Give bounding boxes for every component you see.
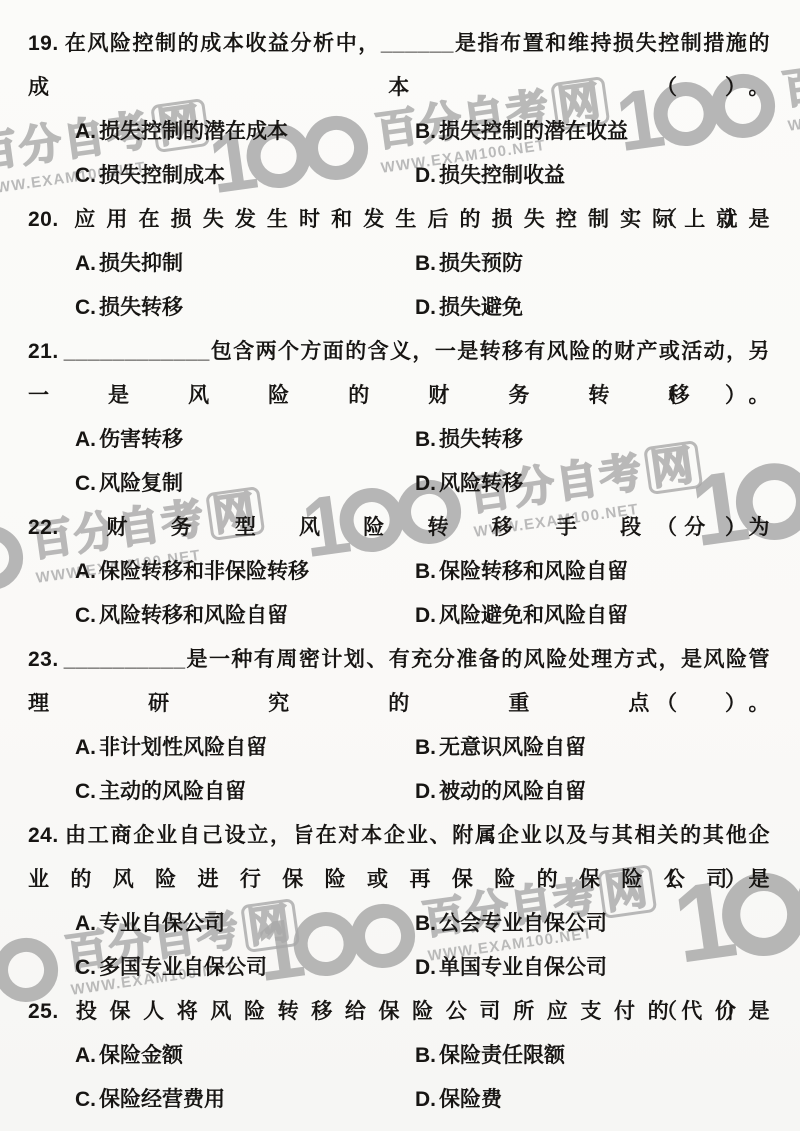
option-label: B. [415, 120, 436, 143]
option-label: D. [415, 604, 436, 627]
option-text: 保险费 [439, 1088, 502, 1111]
option-label: A. [75, 1044, 96, 1067]
option-label: B. [415, 252, 436, 275]
answer-brackets: （ ） [656, 990, 748, 1034]
question-text: 25.投保人将风险转移给保险公司所应支付的代价是（ ） [28, 990, 770, 1034]
question-text: 22.财务型风险转移手段分为（ ） [28, 506, 770, 550]
option-a: A.伤害转移 [75, 418, 415, 462]
answer-brackets: （ ） [656, 682, 748, 726]
question-line: 23.__________是一种有周密计划、有充分准备的风险处理方式，是风险管 [28, 638, 770, 682]
option-b: B.保险责任限额 [415, 1034, 770, 1078]
option-grid: A.非计划性风险自留B.无意识风险自留C.主动的风险自留D.被动的风险自留 [28, 726, 770, 814]
option-text: 主动的风险自留 [99, 780, 246, 803]
option-c: C.损失转移 [75, 286, 415, 330]
option-label: C. [75, 164, 96, 187]
question-block: 25.投保人将风险转移给保险公司所应支付的代价是（ ） A.保险金额B.保险责任… [28, 990, 770, 1122]
option-label: D. [415, 780, 436, 803]
option-text: 损失转移 [99, 296, 183, 319]
option-b: B.损失预防 [415, 242, 770, 286]
question-text: 24.由工商企业自己设立，旨在对本企业、附属企业以及与其相关的其他企业的风险进行… [28, 814, 770, 902]
option-a: A.非计划性风险自留 [75, 726, 415, 770]
question-line: 21.____________包含两个方面的含义，一是转移有风险的财产或活动，另 [28, 330, 770, 374]
option-label: C. [75, 472, 96, 495]
option-text: 保险金额 [99, 1044, 183, 1067]
option-c: C.多国专业自保公司 [75, 946, 415, 990]
option-label: A. [75, 120, 96, 143]
option-grid: A.保险转移和非保险转移B.保险转移和风险自留C.风险转移和风险自留D.风险避免… [28, 550, 770, 638]
option-a: A.保险金额 [75, 1034, 415, 1078]
question-text: 21.____________包含两个方面的含义，一是转移有风险的财产或活动，另… [28, 330, 770, 418]
option-label: B. [415, 1044, 436, 1067]
question-block: 22.财务型风险转移手段分为（ ） A.保险转移和非保险转移B.保险转移和风险自… [28, 506, 770, 638]
answer-brackets: （ ） [656, 374, 748, 418]
option-text: 风险复制 [99, 472, 183, 495]
option-text: 保险经营费用 [99, 1088, 225, 1111]
option-label: D. [415, 956, 436, 979]
option-label: A. [75, 736, 96, 759]
answer-brackets: （ ） [656, 66, 748, 110]
option-label: C. [75, 296, 96, 319]
scanned-exam-page: { "page": { "background": "#fafaf8", "in… [0, 0, 800, 1131]
option-text: 公会专业自保公司 [439, 912, 607, 935]
option-label: D. [415, 472, 436, 495]
question-text: 20.应用在损失发生时和发生后的损失控制实际上就是（ ） [28, 198, 770, 242]
option-text: 损失预防 [439, 252, 523, 275]
answer-brackets: （ ） [656, 506, 748, 550]
option-text: 伤害转移 [99, 428, 183, 451]
question-list: 19.在风险控制的成本收益分析中，______是指布置和维持损失控制措施的成本。… [0, 0, 800, 1131]
question-block: 19.在风险控制的成本收益分析中，______是指布置和维持损失控制措施的成本。… [28, 22, 770, 198]
option-label: C. [75, 604, 96, 627]
option-text: 保险转移和风险自留 [439, 560, 628, 583]
option-text: 保险责任限额 [439, 1044, 565, 1067]
option-b: B.损失控制的潜在收益 [415, 110, 770, 154]
option-d: D.风险转移 [415, 462, 770, 506]
option-text: 保险转移和非保险转移 [99, 560, 309, 583]
option-grid: A.损失控制的潜在成本B.损失控制的潜在收益C.损失控制成本D.损失控制收益 [28, 110, 770, 198]
option-d: D.损失控制收益 [415, 154, 770, 198]
option-label: B. [415, 560, 436, 583]
option-d: D.被动的风险自留 [415, 770, 770, 814]
option-label: A. [75, 428, 96, 451]
option-d: D.保险费 [415, 1078, 770, 1122]
question-number: 21. [28, 340, 59, 363]
option-c: C.风险转移和风险自留 [75, 594, 415, 638]
option-label: A. [75, 912, 96, 935]
option-text: 损失抑制 [99, 252, 183, 275]
option-c: C.保险经营费用 [75, 1078, 415, 1122]
option-label: B. [415, 736, 436, 759]
option-label: B. [415, 912, 436, 935]
question-block: 23.__________是一种有周密计划、有充分准备的风险处理方式，是风险管理… [28, 638, 770, 814]
option-b: B.损失转移 [415, 418, 770, 462]
question-line: 19.在风险控制的成本收益分析中，______是指布置和维持损失控制措施的 [28, 22, 770, 66]
option-c: C.主动的风险自留 [75, 770, 415, 814]
option-label: D. [415, 1088, 436, 1111]
question-number: 20. [28, 208, 59, 231]
option-d: D.损失避免 [415, 286, 770, 330]
option-label: D. [415, 164, 436, 187]
option-label: C. [75, 780, 96, 803]
option-label: C. [75, 956, 96, 979]
option-text: 损失控制的潜在成本 [99, 120, 288, 143]
option-text: 单国专业自保公司 [439, 956, 607, 979]
option-d: D.风险避免和风险自留 [415, 594, 770, 638]
answer-brackets: （ ） [656, 198, 748, 242]
question-number: 19. [28, 32, 59, 55]
option-text: 非计划性风险自留 [99, 736, 267, 759]
option-label: B. [415, 428, 436, 451]
option-a: A.专业自保公司 [75, 902, 415, 946]
option-label: A. [75, 560, 96, 583]
question-number: 24. [28, 824, 59, 847]
option-text: 无意识风险自留 [439, 736, 586, 759]
question-block: 24.由工商企业自己设立，旨在对本企业、附属企业以及与其相关的其他企业的风险进行… [28, 814, 770, 990]
question-number: 25. [28, 1000, 59, 1023]
option-text: 损失转移 [439, 428, 523, 451]
question-text: 23.__________是一种有周密计划、有充分准备的风险处理方式，是风险管理… [28, 638, 770, 726]
option-label: A. [75, 252, 96, 275]
option-b: B.公会专业自保公司 [415, 902, 770, 946]
option-grid: A.损失抑制B.损失预防C.损失转移D.损失避免 [28, 242, 770, 330]
question-number: 23. [28, 648, 59, 671]
option-grid: A.专业自保公司B.公会专业自保公司C.多国专业自保公司D.单国专业自保公司 [28, 902, 770, 990]
option-c: C.风险复制 [75, 462, 415, 506]
option-d: D.单国专业自保公司 [415, 946, 770, 990]
option-text: 风险避免和风险自留 [439, 604, 628, 627]
option-b: B.无意识风险自留 [415, 726, 770, 770]
option-text: 损失避免 [439, 296, 523, 319]
option-text: 专业自保公司 [99, 912, 225, 935]
option-text: 损失控制成本 [99, 164, 225, 187]
option-a: A.损失控制的潜在成本 [75, 110, 415, 154]
question-line: 24.由工商企业自己设立，旨在对本企业、附属企业以及与其相关的其他企 [28, 814, 770, 858]
option-text: 多国专业自保公司 [99, 956, 267, 979]
option-a: A.损失抑制 [75, 242, 415, 286]
option-label: D. [415, 296, 436, 319]
option-b: B.保险转移和风险自留 [415, 550, 770, 594]
option-text: 被动的风险自留 [439, 780, 586, 803]
option-a: A.保险转移和非保险转移 [75, 550, 415, 594]
option-c: C.损失控制成本 [75, 154, 415, 198]
option-grid: A.伤害转移B.损失转移C.风险复制D.风险转移 [28, 418, 770, 506]
option-text: 损失控制的潜在收益 [439, 120, 628, 143]
option-text: 损失控制收益 [439, 164, 565, 187]
option-text: 风险转移 [439, 472, 523, 495]
answer-brackets: （ ） [656, 858, 748, 902]
option-label: C. [75, 1088, 96, 1111]
question-block: 21.____________包含两个方面的含义，一是转移有风险的财产或活动，另… [28, 330, 770, 506]
question-number: 22. [28, 516, 59, 539]
question-text: 19.在风险控制的成本收益分析中，______是指布置和维持损失控制措施的成本。… [28, 22, 770, 110]
option-text: 风险转移和风险自留 [99, 604, 288, 627]
question-block: 20.应用在损失发生时和发生后的损失控制实际上就是（ ） A.损失抑制B.损失预… [28, 198, 770, 330]
option-grid: A.保险金额B.保险责任限额C.保险经营费用D.保险费 [28, 1034, 770, 1122]
